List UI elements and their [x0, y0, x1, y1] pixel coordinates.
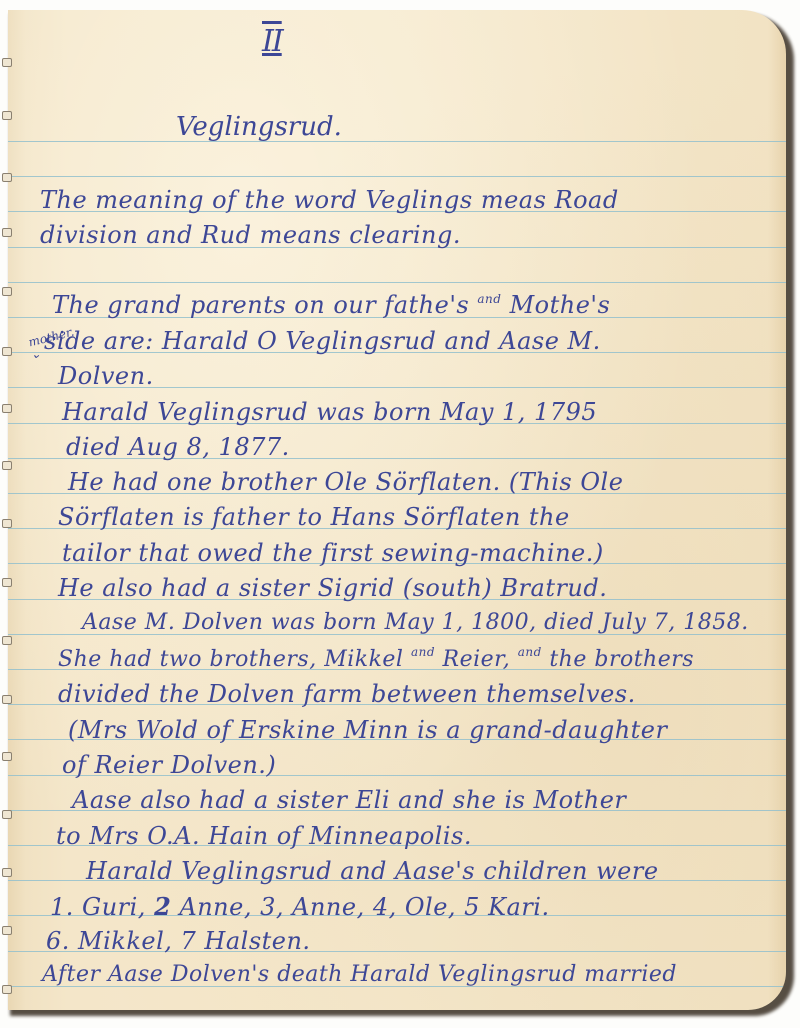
- line-text: He also had a sister Sigrid (south) Brat…: [58, 574, 607, 602]
- line-text: 6. Mikkel, 7 Halsten.: [46, 927, 311, 955]
- line-text: She had two brothers, Mikkel: [58, 647, 411, 672]
- document-stage: II Veglingsrud. mother. ⌄ The meaning of…: [0, 0, 800, 1028]
- superscript-and: and: [477, 292, 501, 306]
- text-line-23: After Aase Dolven's death Harald Vegling…: [42, 962, 677, 987]
- text-line-4: The grand parents on our fathe's and Mot…: [52, 291, 610, 319]
- text-line-20: Harald Veglingsrud and Aase's children w…: [86, 857, 659, 885]
- text-line-13: Aase M. Dolven was born May 1, 1800, die…: [82, 610, 749, 635]
- line-text: Sörflaten is father to Hans Sörflaten th…: [58, 503, 570, 531]
- line-text: Aase M. Dolven was born May 1, 1800, die…: [82, 610, 749, 635]
- line-text: Dolven.: [58, 362, 154, 390]
- line-text: He had one brother Ole Sörflaten. (This …: [68, 468, 623, 496]
- insertion-caret-icon: ⌄: [31, 347, 41, 361]
- line-text: 1. Guri,: [50, 893, 154, 921]
- text-line-9: He had one brother Ole Sörflaten. (This …: [68, 468, 623, 496]
- text-line-14: She had two brothers, Mikkel and Reier, …: [58, 645, 694, 672]
- line-text: died Aug 8, 1877.: [66, 433, 290, 461]
- line-text: Harald Veglingsrud was born May 1, 1795: [62, 398, 597, 426]
- line-text: side are: Harald O Veglingsrud and Aase …: [44, 327, 601, 355]
- line-text: to Mrs O.A. Hain of Minneapolis.: [56, 822, 472, 850]
- line-text: tailor that owed the first sewing-machin…: [62, 539, 604, 567]
- text-line-8: died Aug 8, 1877.: [66, 433, 290, 461]
- text-line-22: 6. Mikkel, 7 Halsten.: [46, 927, 311, 955]
- page-number: II: [262, 24, 282, 59]
- line-text: (Mrs Wold of Erskine Minn is a grand-dau…: [68, 716, 667, 744]
- line-text: The meaning of the word Veglings meas Ro…: [40, 186, 619, 214]
- line-text: After Aase Dolven's death Harald Vegling…: [42, 962, 677, 987]
- line-text: Aase also had a sister Eli and she is Mo…: [72, 786, 626, 814]
- text-line-7: Harald Veglingsrud was born May 1, 1795: [62, 398, 597, 426]
- line-text: The grand parents on our fathe's: [52, 291, 477, 319]
- text-line-17: of Reier Dolven.): [62, 751, 276, 779]
- text-line-6: Dolven.: [58, 362, 154, 390]
- line-text: Reier,: [435, 647, 518, 672]
- text-line-12: He also had a sister Sigrid (south) Brat…: [58, 574, 607, 602]
- text-line-10: Sörflaten is father to Hans Sörflaten th…: [58, 503, 570, 531]
- line-text: divided the Dolven farm between themselv…: [58, 680, 636, 708]
- line-text: Anne, 3, Anne, 4, Ole, 5 Kari.: [171, 893, 549, 921]
- text-line-1: The meaning of the word Veglings meas Ro…: [40, 186, 619, 214]
- page-title: Veglingsrud.: [176, 112, 342, 142]
- handwriting-layer: II Veglingsrud. mother. ⌄ The meaning of…: [0, 0, 800, 1028]
- text-line-19: to Mrs O.A. Hain of Minneapolis.: [56, 822, 472, 850]
- text-line-21: 1. Guri, 2 Anne, 3, Anne, 4, Ole, 5 Kari…: [50, 892, 550, 921]
- line-text: of Reier Dolven.): [62, 751, 276, 779]
- superscript-and: and: [518, 645, 542, 659]
- text-line-18: Aase also had a sister Eli and she is Mo…: [72, 786, 626, 814]
- line-text: the brothers: [542, 647, 694, 672]
- text-line-5: side are: Harald O Veglingsrud and Aase …: [44, 327, 601, 355]
- text-line-11: tailor that owed the first sewing-machin…: [62, 539, 604, 567]
- line-text: Harald Veglingsrud and Aase's children w…: [86, 857, 659, 885]
- line-text: division and Rud means clearing.: [40, 221, 461, 249]
- text-line-2: division and Rud means clearing.: [40, 221, 461, 249]
- text-line-15: divided the Dolven farm between themselv…: [58, 680, 636, 708]
- text-line-16: (Mrs Wold of Erskine Minn is a grand-dau…: [68, 716, 667, 744]
- line-text-bold: 2: [154, 892, 171, 921]
- superscript-and: and: [411, 645, 435, 659]
- line-text: Mothe's: [501, 291, 610, 319]
